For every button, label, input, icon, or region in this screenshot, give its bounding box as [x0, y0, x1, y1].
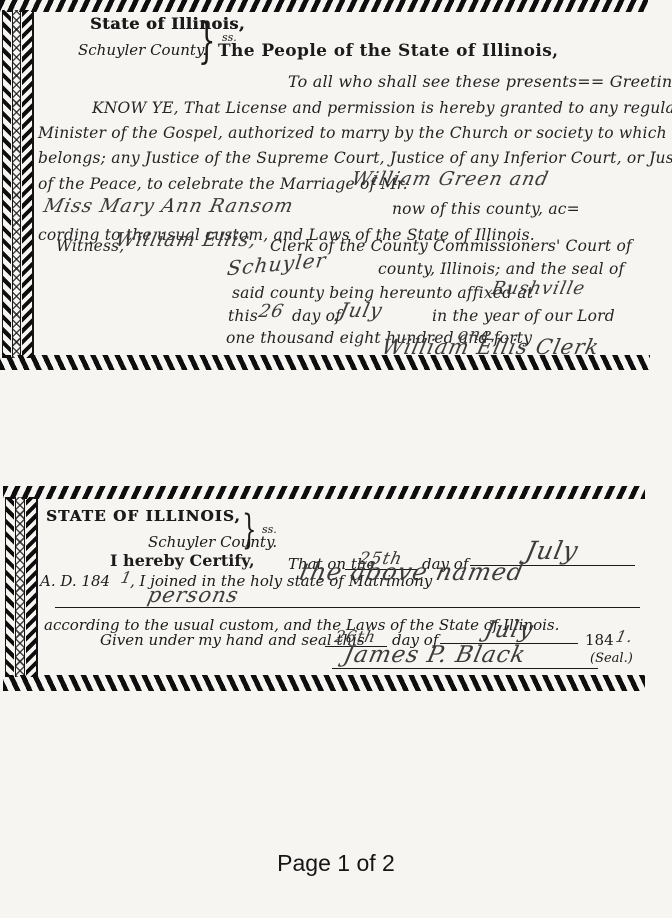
license-body-line1: KNOW YE, That License and permission is … — [92, 99, 672, 117]
license-body-line5: now of this county, ac= — [392, 200, 580, 218]
scanned-marriage-record-page: State of Illinois, Schuyler County. } ss… — [0, 0, 672, 918]
license-greeting: To all who shall see these presents== Gr… — [288, 72, 672, 91]
day-of-label: day of — [292, 307, 341, 325]
rope-strip — [26, 497, 38, 677]
lattice-strip — [12, 10, 21, 358]
license-body-line2: Minister of the Gospel, authorized to ma… — [38, 124, 672, 142]
bride-name-handwritten: Miss Mary Ann Ransom — [42, 195, 296, 217]
clerk-name-handwritten: William Ellis, — [114, 229, 259, 251]
rope-strip — [22, 10, 34, 358]
day-handwritten: 26 — [257, 301, 286, 322]
license-county-label: Schuyler County. — [78, 41, 207, 59]
seal-label: (Seal.) — [590, 651, 633, 666]
given-month-handwritten: July — [482, 617, 536, 643]
license-title: The People of the State of Illinois, — [218, 41, 559, 61]
certificate-border-left — [5, 497, 38, 677]
witness-text2: county, Illinois; and the seal of — [378, 260, 624, 278]
license-body-line3: belongs; any Justice of the Supreme Cour… — [38, 149, 672, 167]
given-year-handwritten: 1. — [614, 627, 635, 646]
clerk-signature-handwritten: William Ellis Clerk — [379, 335, 601, 359]
license-border-left — [2, 10, 34, 358]
lattice-strip — [15, 497, 25, 677]
certificate-border-bottom — [3, 675, 645, 691]
rope-strip — [2, 10, 11, 358]
rope-strip — [5, 497, 14, 677]
certificate-county-label: Schuyler County. — [148, 533, 277, 551]
month-handwritten: July — [337, 298, 385, 322]
certificate-state-label: STATE OF ILLINOIS, — [46, 507, 241, 525]
this-label: this — [228, 307, 258, 325]
given-month-blank: July — [440, 617, 578, 644]
brace-glyph: } — [198, 12, 216, 69]
certificate-month-handwritten: July — [523, 536, 581, 565]
year-phrase: in the year of our Lord — [432, 307, 615, 325]
groom-name-handwritten: William Green and — [350, 168, 551, 190]
certificate-border-top — [3, 486, 645, 499]
officiant-signature-line: James P. Black — [332, 642, 598, 669]
place-handwritten: Rushville — [490, 278, 588, 299]
persons-handwritten: persons — [145, 583, 241, 607]
county-handwritten: Schuyler — [226, 248, 328, 280]
persons-rule-line — [55, 582, 640, 608]
officiant-signature-handwritten: James P. Black — [341, 642, 528, 668]
license-border-top — [0, 0, 648, 12]
page-indicator: Page 1 of 2 — [0, 850, 672, 877]
